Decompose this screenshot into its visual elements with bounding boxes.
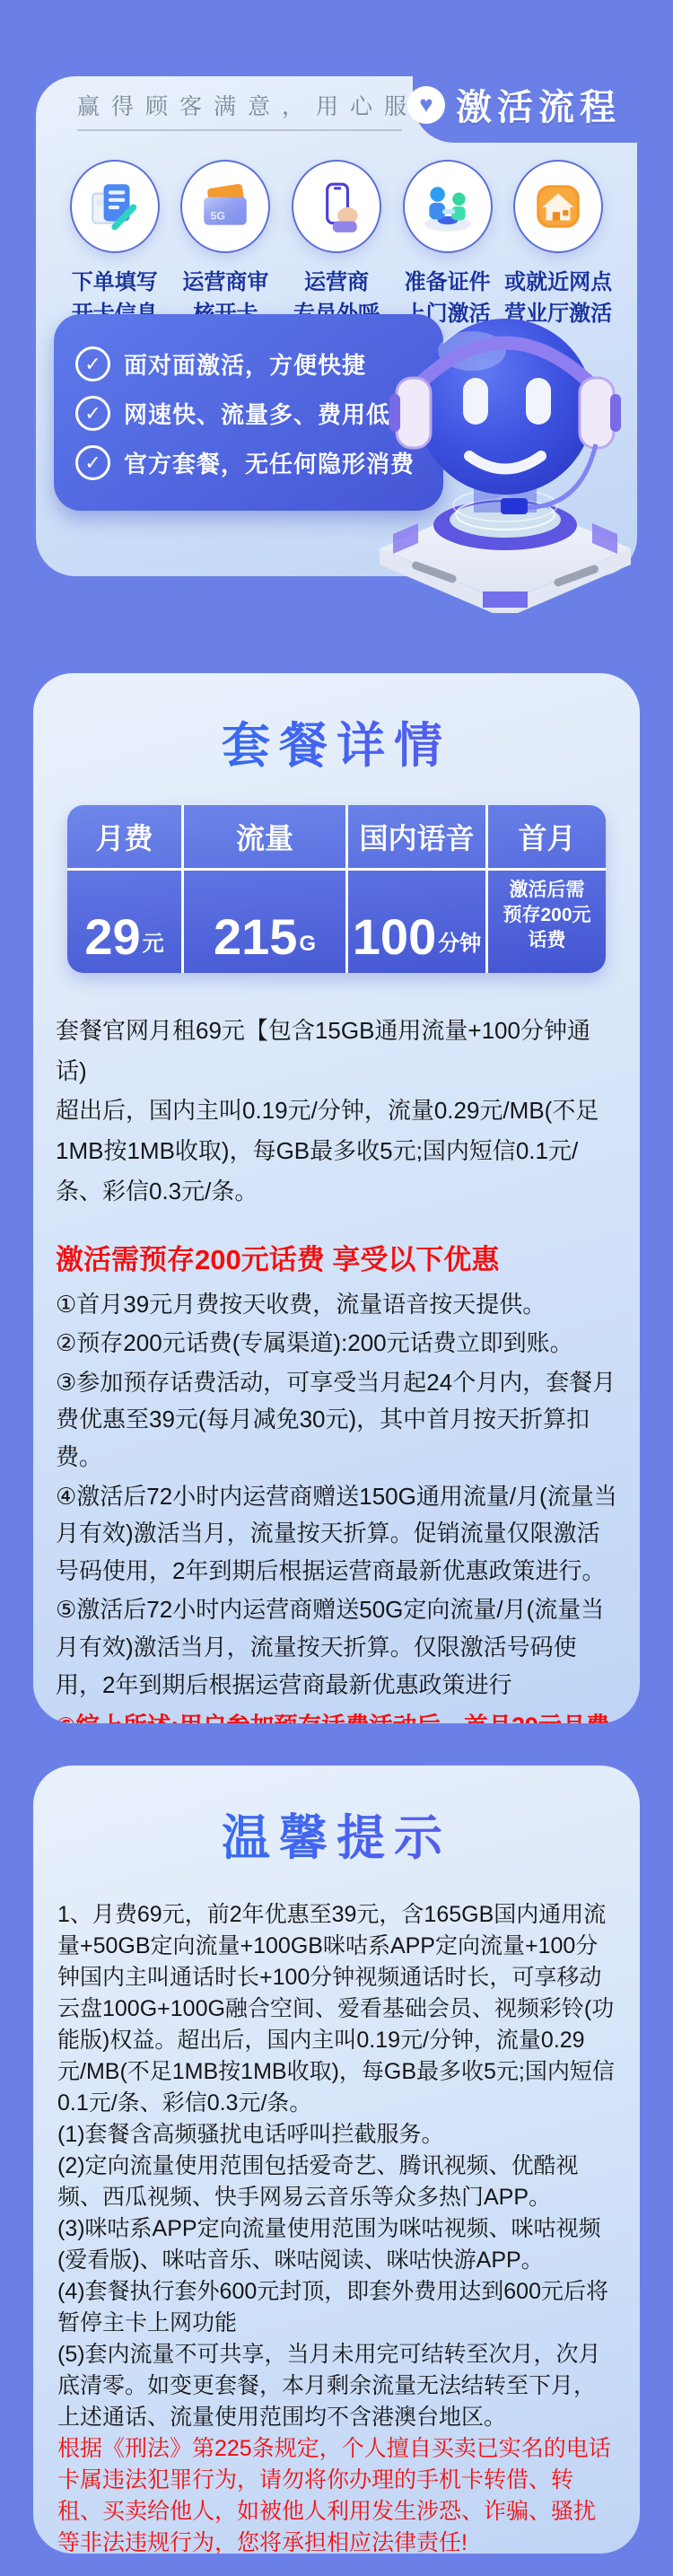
table-header-data: 流量 <box>184 805 348 871</box>
badge-title: 激活流程 <box>456 79 621 130</box>
activation-flow-badge: ♥ 激活流程 <box>407 79 621 130</box>
promo-item-2: ②预存200元话费(专属渠道):200元话费立即到账。 <box>56 1325 618 1362</box>
promo-list: ①首月39元月费按天收费，流量语音按天提供。 ②预存200元话费(专属渠道):2… <box>56 1286 618 1704</box>
package-desc-line: 超出后，国内主叫0.19元/分钟，流量0.29元/MB(不足1MB按1MB收取)… <box>56 1091 618 1211</box>
package-desc-line: 套餐官网月租69元【包含15GB通用流量+100分钟通话) <box>56 1011 618 1091</box>
cell-first-month: 激活后需 预存200元 话费 <box>488 871 606 960</box>
promo-item-3: ③参加预存话费活动，可享受当月起24个月内，套餐月费优惠至39元(每月减免30元… <box>56 1364 618 1476</box>
table-header-first-month: 首月 <box>488 805 606 871</box>
tagline-underline <box>77 129 402 131</box>
check-icon: ✓ <box>75 445 110 480</box>
legal-warning: 根据《刑法》第225条规定，个人擅自买卖已实名的电话卡属违法犯罪行为，请勿将你办… <box>57 2433 616 2554</box>
tips-item-4: (4)套餐执行套外600元封顶，即套外费用达到600元后将暂停主卡上网功能 <box>57 2276 616 2339</box>
door-visit-icon <box>420 179 476 234</box>
promo-heading: 激活需预存200元话费 享受以下优惠 <box>56 1237 618 1277</box>
form-icon <box>87 179 143 234</box>
store-house-icon <box>530 179 586 234</box>
robot-mascot-illustration <box>357 299 653 613</box>
tips-item-main: 1、月费69元，前2年优惠至39元，含165GB国内通用流量+50GB定向流量+… <box>57 1899 616 2119</box>
promo-summary: ⑥综上所述:用户参加预存话费活动后，首月39元月费按天收费，流量语音按天提供，激… <box>56 1707 618 1723</box>
warm-tips-card: 温馨提示 1、月费69元，前2年优惠至39元，含165GB国内通用流量+50GB… <box>33 1766 640 2554</box>
benefit-text: 网速快、流量多、费用低 <box>124 397 390 430</box>
package-details-card: 套餐详情 月费 流量 国内语音 首月 29 元 215 G 100 分钟 激活后… <box>33 673 640 1723</box>
table-header-voice: 国内语音 <box>348 805 488 871</box>
cell-data: 215 G <box>184 871 348 973</box>
package-title: 套餐详情 <box>33 673 640 776</box>
promo-page: 赢得顾客满意，用心服务 下单填写开卡信息 <box>0 0 673 2576</box>
activation-flow-card: 赢得顾客满意，用心服务 下单填写开卡信息 <box>36 76 637 576</box>
tips-item-5: (5)套内流量不可共享，当月未用完可结转至次月，次月底清零。如变更套餐，本月剩余… <box>57 2339 616 2433</box>
phone-call-icon <box>309 179 364 234</box>
benefit-text: 面对面激活，方便快捷 <box>124 347 366 381</box>
heart-icon: ♥ <box>407 86 445 124</box>
check-icon: ✓ <box>75 346 110 381</box>
step-circle <box>70 160 160 253</box>
promo-item-5: ⑤激活后72小时内运营商赠送50G定向流量/月(流量当月有效)激活当月，流量按天… <box>56 1591 618 1704</box>
step-carrier-review: 5G 运营商审核开卡 <box>170 160 282 330</box>
tips-title: 温馨提示 <box>33 1766 640 1869</box>
tips-item-2: (2)定向流量使用范围包括爱奇艺、腾讯视频、优酷视频、西瓜视频、快手网易云音乐等… <box>57 2151 616 2213</box>
tips-item-3: (3)咪咕系APP定向流量使用范围为咪咕视频、咪咕视频(爱看版)、咪咕音乐、咪咕… <box>57 2213 616 2276</box>
step-circle <box>513 160 603 253</box>
tips-body: 1、月费69元，前2年优惠至39元，含165GB国内通用流量+50GB定向流量+… <box>57 1899 616 2554</box>
cell-voice: 100 分钟 <box>348 871 488 973</box>
sim-card-icon: 5G <box>197 179 253 234</box>
step-circle: 5G <box>180 160 270 253</box>
svg-text:5G: 5G <box>211 209 226 222</box>
tips-item-1: (1)套餐含高频骚扰电话呼叫拦截服务。 <box>57 2119 616 2151</box>
table-header-monthly-fee: 月费 <box>67 805 184 871</box>
package-table: 月费 流量 国内语音 首月 29 元 215 G 100 分钟 激活后需 预存2… <box>67 805 606 973</box>
cell-monthly-fee: 29 元 <box>67 871 184 973</box>
promo-item-1: ①首月39元月费按天收费，流量语音按天提供。 <box>56 1286 618 1324</box>
package-description: 套餐官网月租69元【包含15GB通用流量+100分钟通话) 超出后，国内主叫0.… <box>56 1011 618 1212</box>
step-fill-order: 下单填写开卡信息 <box>59 160 170 330</box>
promo-item-4: ④激活后72小时内运营商赠送150G通用流量/月(流量当月有效)激活当月，流量按… <box>56 1478 618 1590</box>
step-circle <box>292 160 381 253</box>
step-circle <box>403 160 493 253</box>
check-icon: ✓ <box>75 396 110 431</box>
